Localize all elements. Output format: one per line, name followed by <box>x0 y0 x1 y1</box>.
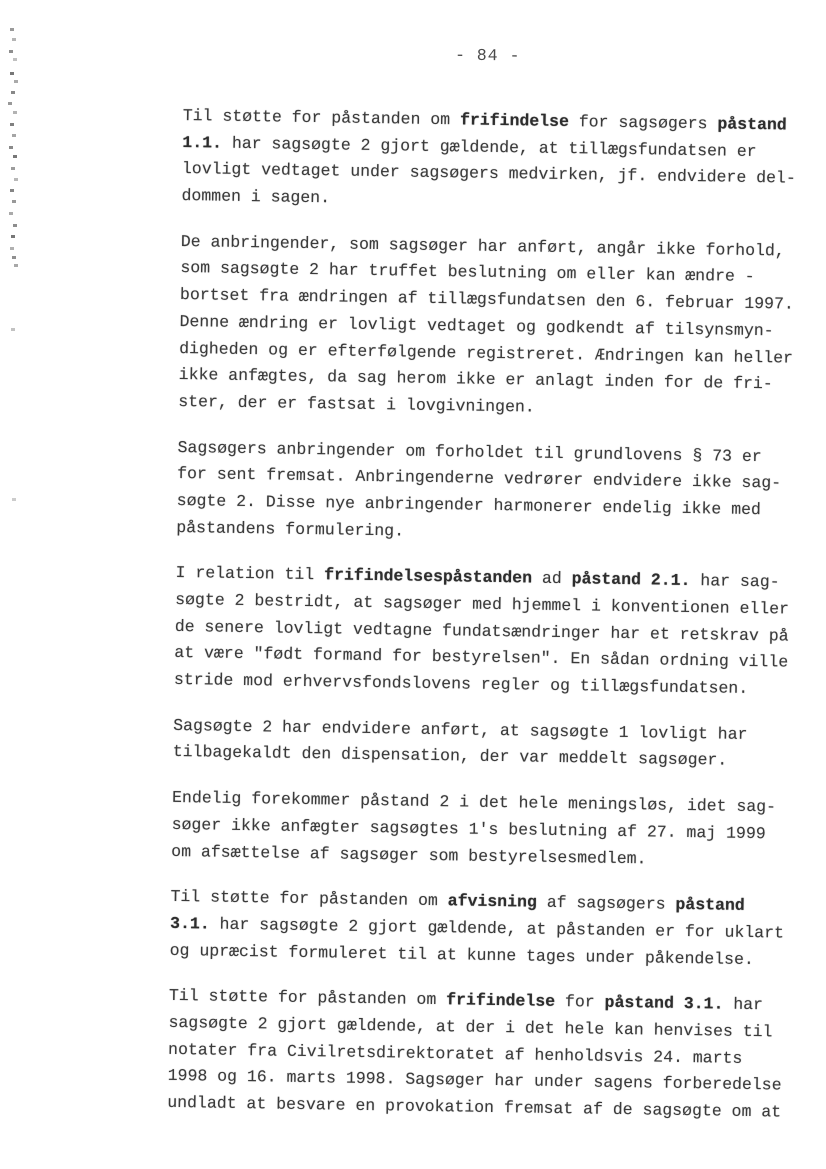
text-run: påstandens formulering. <box>176 518 404 541</box>
paragraph: Sagsøgte 2 har endvidere anført, at sags… <box>173 713 794 776</box>
paragraph: Til støtte for påstanden om afvisning af… <box>169 884 790 974</box>
text-run: undladt at besvare en provokation fremsa… <box>167 1093 781 1122</box>
text-run: søgte 2 bestridt, at sagsøger med hjemme… <box>175 590 789 619</box>
text-run-bold: frifindelsespåstanden <box>324 566 532 588</box>
text-run-bold: 3.1. <box>170 914 210 934</box>
paragraph: Til støtte for påstanden om frifindelse … <box>167 983 789 1126</box>
text-run: har sag- <box>690 571 779 591</box>
text-run: Denne ændring er lovligt vedtaget og god… <box>179 312 773 340</box>
text-run: af sagsøgers <box>537 893 676 914</box>
text-run: som sagsøgte 2 har truffet beslutning om… <box>180 258 755 286</box>
text-run: Til støtte for påstanden om <box>169 986 447 1009</box>
paragraph: I relation til frifindelsespåstanden ad … <box>174 560 796 703</box>
text-run: sagsøgte 2 gjort gældende, at der i det … <box>168 1013 772 1041</box>
text-run: ad <box>532 569 572 589</box>
scan-noise-speckles <box>10 28 14 31</box>
text-run-bold: påstand <box>717 114 787 134</box>
text-run: notater fra Civilretsdirektoratet af hen… <box>168 1040 743 1068</box>
text-run-bold: påstand <box>675 895 745 915</box>
text-run: ikke anfægtes, da sag herom ikke er anla… <box>179 365 773 393</box>
paragraph: Sagsøgers anbringender om forholdet til … <box>176 435 798 551</box>
text-run: Endelig forekommer påstand 2 i det hele … <box>172 788 776 816</box>
text-run: ster, der er fastsat i lovgivningen. <box>178 392 535 417</box>
text-run: har sagsøgte 2 gjort gældende, at tillæg… <box>222 133 757 160</box>
text-run-bold: frifindelse <box>446 990 555 1011</box>
text-run: dommen i sagen. <box>181 186 330 207</box>
page-number: - 84 - <box>455 46 521 66</box>
text-run-bold: påstand 3.1. <box>604 993 723 1014</box>
paragraph: Endelig forekommer påstand 2 i det hele … <box>171 785 792 875</box>
text-run: for <box>555 992 605 1012</box>
text-run: Til støtte for påstanden om <box>170 887 448 910</box>
text-run: søgte 2. Disse nye anbringender harmoner… <box>177 491 761 519</box>
text-run: om afsættelse af sagsøger som bestyrelse… <box>171 841 647 867</box>
paragraph: Til støtte for påstanden om frifindelse … <box>181 103 803 219</box>
text-run: Til støtte for påstanden om <box>183 106 461 129</box>
text-run: har sagsøgte 2 gjort gældende, at påstan… <box>210 914 785 942</box>
scanned-page: - 84 - Til støtte for påstanden om frifi… <box>0 0 826 1169</box>
text-run: tilbagekaldt den dispensation, der var m… <box>173 742 728 770</box>
text-run: har <box>723 995 763 1015</box>
text-run-bold: 1.1. <box>182 133 222 153</box>
text-run-bold: påstand 2.1. <box>572 569 691 590</box>
text-run-bold: afvisning <box>448 891 537 911</box>
paragraph: De anbringender, som sagsøger har anført… <box>178 229 801 426</box>
text-run: stride mod erhvervsfondslovens regler og… <box>174 670 749 698</box>
text-run: Sagsøgers anbringender om forholdet til … <box>177 438 761 466</box>
text-run: søger ikke anfægter sagsøgtes 1's beslut… <box>172 815 766 843</box>
text-run: I relation til <box>175 563 324 584</box>
document-body: Til støtte for påstanden om frifindelse … <box>167 103 803 1145</box>
text-run: for sagsøgers <box>569 112 718 133</box>
text-run: Sagsøgte 2 har endvidere anført, at sags… <box>173 716 748 744</box>
text-run-bold: frifindelse <box>460 110 569 131</box>
